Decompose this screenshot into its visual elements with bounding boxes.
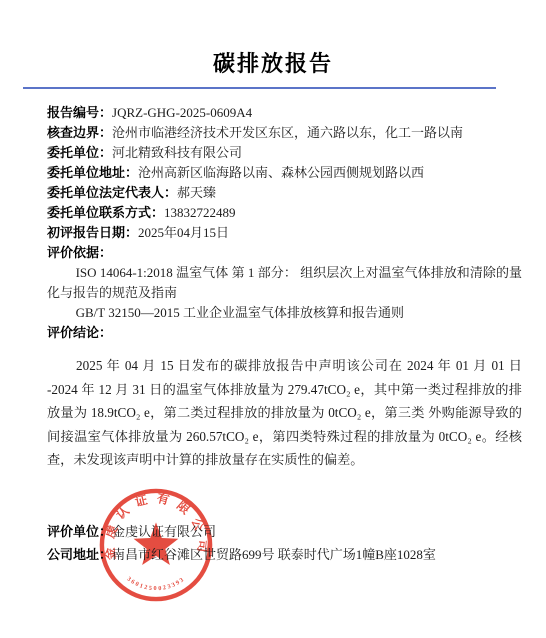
field-value: 13832722489 (164, 205, 236, 220)
field-value: JQRZ-GHG-2025-0609A4 (112, 105, 252, 120)
agency-label: 评价单位： (47, 524, 112, 539)
field-label: 核查边界： (47, 125, 112, 140)
field-label: 委托单位： (47, 145, 112, 160)
svg-text:3601250023393: 3601250023393 (126, 576, 187, 593)
conclusion-heading: 评价结论： (47, 323, 522, 343)
field-value: 沧州高新区临海路以南、森林公园西侧规划路以西 (138, 165, 424, 180)
agency-value: 金虔认证有限公司 (112, 524, 216, 539)
field-label: 报告编号： (47, 105, 112, 120)
company-address-line: 公司地址：南昌市红谷滩区世贸路699号 联泰时代广场1幢B座1028室 (47, 543, 436, 566)
report-body: 报告编号：JQRZ-GHG-2025-0609A4 核查边界：沧州市临港经济技术… (47, 103, 522, 472)
field-legal-representative: 委托单位法定代表人：郝天臻 (47, 183, 522, 203)
field-client: 委托单位：河北精致科技有限公司 (47, 143, 522, 163)
report-footer: 评价单位：金虔认证有限公司 公司地址：南昌市红谷滩区世贸路699号 联泰时代广场… (47, 520, 436, 566)
evaluation-agency-line: 评价单位：金虔认证有限公司 (47, 520, 436, 543)
field-value: 河北精致科技有限公司 (112, 145, 242, 160)
address-value: 南昌市红谷滩区世贸路699号 联泰时代广场1幢B座1028室 (112, 547, 436, 562)
conclusion-label: 评价结论： (47, 325, 112, 340)
field-label: 委托单位法定代表人： (47, 185, 177, 200)
field-value: 2025年04月15日 (138, 225, 229, 240)
page-title: 碳排放报告 (0, 47, 546, 78)
field-value: 沧州市临港经济技术开发区东区，通六路以东，化工一路以南 (112, 125, 463, 140)
report-page: 碳排放报告 报告编号：JQRZ-GHG-2025-0609A4 核查边界：沧州市… (0, 0, 546, 638)
field-value: 郝天臻 (177, 185, 216, 200)
field-client-address: 委托单位地址：沧州高新区临海路以南、森林公园西侧规划路以西 (47, 163, 522, 183)
field-label: 初评报告日期： (47, 225, 138, 240)
basis-item-gbt: GB/T 32150—2015 工业企业温室气体排放核算和报告通则 (47, 303, 522, 323)
conclusion-paragraph: 2025 年 04 月 15 日发布的碳排放报告中声明该公司在 2024 年 0… (47, 354, 522, 472)
field-verification-boundary: 核查边界：沧州市临港经济技术开发区东区，通六路以东，化工一路以南 (47, 123, 522, 143)
basis-heading: 评价依据： (47, 243, 522, 263)
field-initial-report-date: 初评报告日期：2025年04月15日 (47, 223, 522, 243)
field-label: 委托单位联系方式： (47, 205, 164, 220)
basis-label: 评价依据： (47, 245, 112, 260)
seal-number-arc-text: 3601250023393 (126, 576, 187, 593)
field-report-number: 报告编号：JQRZ-GHG-2025-0609A4 (47, 103, 522, 123)
title-divider (23, 87, 496, 89)
field-label: 委托单位地址： (47, 165, 138, 180)
basis-item-iso: ISO 14064-1:2018 温室气体 第 1 部分： 组织层次上对温室气体… (47, 263, 522, 303)
address-label: 公司地址： (47, 547, 112, 562)
field-contact: 委托单位联系方式：13832722489 (47, 203, 522, 223)
